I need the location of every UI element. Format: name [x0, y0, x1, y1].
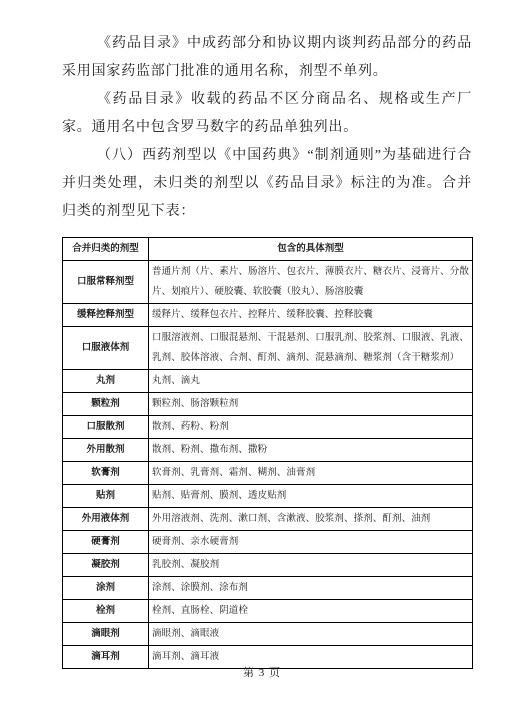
- merged-form-cell: 硬膏剂: [63, 531, 149, 554]
- specific-forms-cell: 缓释片、缓释包衣片、控释片、缓释胶囊、控释胶囊: [149, 304, 473, 327]
- dosage-form-table: 合并归类的剂型 包含的具体剂型 口服常释剂型 普通片剂（片、素片、肠溶片、包衣片…: [62, 237, 473, 669]
- table-row: 涂剂 涂剂、涂膜剂、涂布剂: [63, 577, 473, 600]
- table-row: 口服常释剂型 普通片剂（片、素片、肠溶片、包衣片、薄膜衣片、糖衣片、浸膏片、分散…: [63, 261, 473, 304]
- paragraph-generic-names: 《药品目录》中成药部分和协议期内谈判药品部分的药品采用国家药监部门批准的通用名称…: [62, 30, 472, 86]
- table-row: 外用散剂 散剂、粉剂、撒布剂、撒粉: [63, 439, 473, 462]
- table-row: 口服液体剂 口服溶液剂、口服混悬剂、干混悬剂、口服乳剂、胶浆剂、口服液、乳液、乳…: [63, 327, 473, 370]
- table-header-row: 合并归类的剂型 包含的具体剂型: [63, 238, 473, 261]
- merged-form-cell: 栓剂: [63, 600, 149, 623]
- table-row: 缓释控释剂型 缓释片、缓释包衣片、控释片、缓释胶囊、控释胶囊: [63, 304, 473, 327]
- merged-form-cell: 缓释控释剂型: [63, 304, 149, 327]
- merged-form-cell: 外用液体剂: [63, 508, 149, 531]
- table-row: 贴剂 贴剂、贴膏剂、膜剂、透皮贴剂: [63, 485, 473, 508]
- paragraph-dosage-form-rule: （八）西药剂型以《中国药典》“制剂通则”为基础进行合并归类处理，未归类的剂型以《…: [62, 142, 472, 226]
- table-row: 外用液体剂 外用溶液剂、洗剂、漱口剂、含漱液、胶浆剂、搽剂、酊剂、油剂: [63, 508, 473, 531]
- table-row: 口服散剂 散剂、药粉、粉剂: [63, 416, 473, 439]
- header-merged-form: 合并归类的剂型: [63, 238, 149, 261]
- table-row: 颗粒剂 颗粒剂、肠溶颗粒剂: [63, 393, 473, 416]
- paragraph-no-brand-distinction: 《药品目录》收载的药品不区分商品名、规格或生产厂家。通用名中包含罗马数字的药品单…: [62, 86, 472, 142]
- specific-forms-cell: 贴剂、贴膏剂、膜剂、透皮贴剂: [149, 485, 473, 508]
- specific-forms-cell: 普通片剂（片、素片、肠溶片、包衣片、薄膜衣片、糖衣片、浸膏片、分散片、划痕片）、…: [149, 261, 473, 304]
- specific-forms-cell: 散剂、药粉、粉剂: [149, 416, 473, 439]
- merged-form-cell: 滴眼剂: [63, 623, 149, 646]
- merged-form-cell: 软膏剂: [63, 462, 149, 485]
- page-number: 第 3 页: [0, 664, 524, 680]
- specific-forms-cell: 涂剂、涂膜剂、涂布剂: [149, 577, 473, 600]
- table-row: 软膏剂 软膏剂、乳膏剂、霜剂、糊剂、油膏剂: [63, 462, 473, 485]
- specific-forms-cell: 硬膏剂、亲水硬膏剂: [149, 531, 473, 554]
- merged-form-cell: 颗粒剂: [63, 393, 149, 416]
- merged-form-cell: 口服散剂: [63, 416, 149, 439]
- document-body: 《药品目录》中成药部分和协议期内谈判药品部分的药品采用国家药监部门批准的通用名称…: [62, 30, 472, 669]
- table-row: 滴眼剂 滴眼剂、滴眼液: [63, 623, 473, 646]
- specific-forms-cell: 乳胶剂、凝胶剂: [149, 554, 473, 577]
- specific-forms-cell: 颗粒剂、肠溶颗粒剂: [149, 393, 473, 416]
- merged-form-cell: 涂剂: [63, 577, 149, 600]
- table-row: 凝胶剂 乳胶剂、凝胶剂: [63, 554, 473, 577]
- merged-form-cell: 口服常释剂型: [63, 261, 149, 304]
- document-page: 《药品目录》中成药部分和协议期内谈判药品部分的药品采用国家药监部门批准的通用名称…: [0, 0, 524, 722]
- merged-form-cell: 贴剂: [63, 485, 149, 508]
- merged-form-cell: 口服液体剂: [63, 327, 149, 370]
- merged-form-cell: 丸剂: [63, 370, 149, 393]
- specific-forms-cell: 散剂、粉剂、撒布剂、撒粉: [149, 439, 473, 462]
- table-row: 丸剂 丸剂、滴丸: [63, 370, 473, 393]
- specific-forms-cell: 丸剂、滴丸: [149, 370, 473, 393]
- specific-forms-cell: 滴眼剂、滴眼液: [149, 623, 473, 646]
- dosage-table-body: 口服常释剂型 普通片剂（片、素片、肠溶片、包衣片、薄膜衣片、糖衣片、浸膏片、分散…: [63, 261, 473, 669]
- specific-forms-cell: 栓剂、直肠栓、阴道栓: [149, 600, 473, 623]
- table-row: 硬膏剂 硬膏剂、亲水硬膏剂: [63, 531, 473, 554]
- specific-forms-cell: 软膏剂、乳膏剂、霜剂、糊剂、油膏剂: [149, 462, 473, 485]
- specific-forms-cell: 外用溶液剂、洗剂、漱口剂、含漱液、胶浆剂、搽剂、酊剂、油剂: [149, 508, 473, 531]
- merged-form-cell: 凝胶剂: [63, 554, 149, 577]
- header-specific-forms: 包含的具体剂型: [149, 238, 473, 261]
- merged-form-cell: 外用散剂: [63, 439, 149, 462]
- table-row: 栓剂 栓剂、直肠栓、阴道栓: [63, 600, 473, 623]
- specific-forms-cell: 口服溶液剂、口服混悬剂、干混悬剂、口服乳剂、胶浆剂、口服液、乳液、乳剂、胶体溶液…: [149, 327, 473, 370]
